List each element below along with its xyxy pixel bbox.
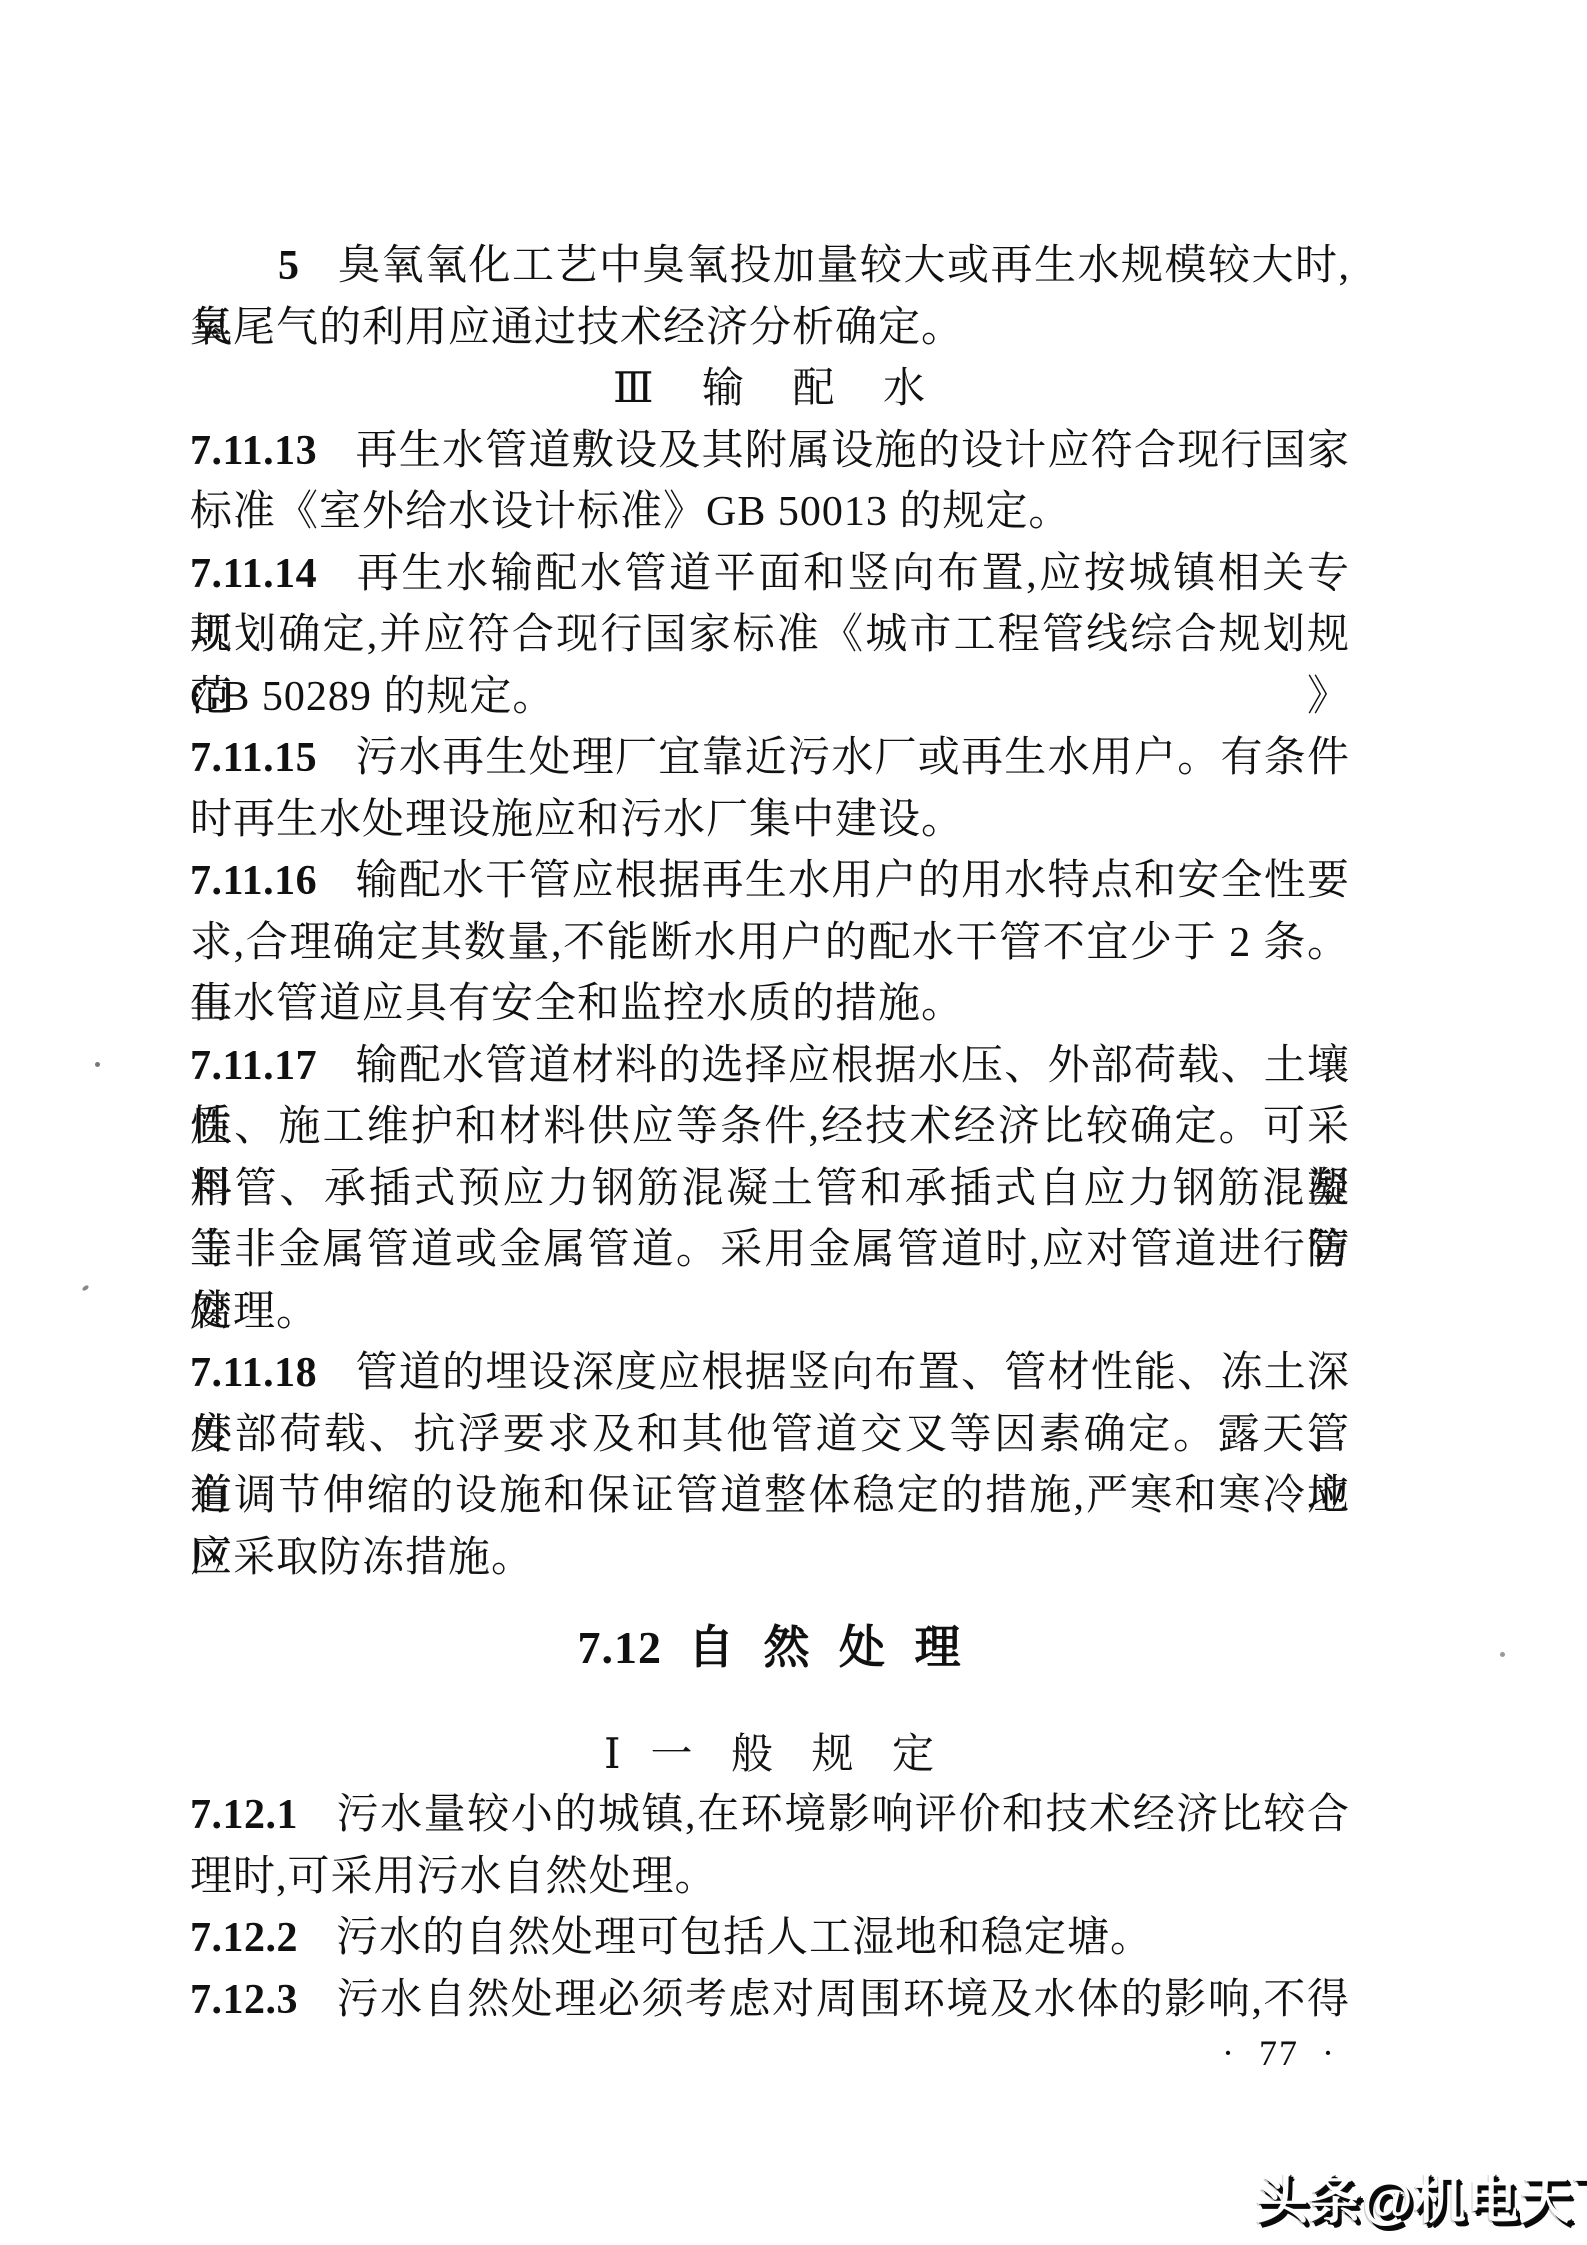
scan-artifact-dot	[81, 1284, 89, 1291]
clause-number: 7.11.17	[190, 1043, 317, 1089]
line-text: 时再生水处理设施应和污水厂集中建设。	[190, 797, 964, 843]
text-line: 外部荷载、抗浮要求及和其他管道交叉等因素确定。露天管道应	[190, 1405, 1350, 1467]
line-text: 输配水干管应根据再生水用户的用水特点和安全性要	[355, 858, 1350, 904]
text-line: 7.11.16输配水干管应根据再生水用户的用水特点和安全性要	[190, 851, 1350, 913]
text-line: 应采取防冻措施。	[190, 1528, 1350, 1590]
heading-text: Ⅲ 输 配 水	[613, 366, 927, 412]
clause-number: 7.11.16	[190, 858, 317, 904]
subsection-title: 一 般 规 定	[651, 1732, 937, 1778]
line-text: 标准《室外给水设计标准》GB 50013 的规定。	[190, 489, 1071, 535]
document-page: 5臭氧氧化工艺中臭氧投加量较大或再生水规模较大时,臭 氧尾气的利用应通过技术经济…	[0, 0, 1587, 2245]
text-line: 规划确定,并应符合现行国家标准《城市工程管线综合规划规范》	[190, 605, 1350, 667]
text-line: 7.11.15污水再生处理厂宜靠近污水厂或再生水用户。有条件	[190, 728, 1350, 790]
spacer	[190, 1589, 1350, 1615]
clause-number: 5	[278, 243, 300, 289]
text-line: 7.11.13再生水管道敷设及其附属设施的设计应符合现行国家	[190, 421, 1350, 483]
subsection-heading-general: Ⅰ一 般 规 定	[190, 1725, 1350, 1785]
watermark: 头条@机电天下	[1256, 2158, 1587, 2233]
clause-number: 7.12.2	[190, 1915, 298, 1961]
subsection-number: Ⅰ	[604, 1732, 621, 1778]
text-line: 等非金属管道或金属管道。采用金属管道时,应对管道进行防腐	[190, 1220, 1350, 1282]
text-line: 求,合理确定其数量,不能断水用户的配水干管不宜少于 2 条。再	[190, 913, 1350, 975]
scan-artifact-dot	[95, 1062, 100, 1067]
line-text: GB 50289 的规定。	[190, 674, 555, 720]
line-text: 氧尾气的利用应通过技术经济分析确定。	[190, 305, 964, 351]
clause-number: 7.11.13	[190, 428, 317, 474]
text-line: 7.12.1污水量较小的城镇,在环境影响评价和技术经济比较合	[190, 1785, 1350, 1847]
section-number: 7.12	[578, 1622, 663, 1673]
scan-artifact-dot	[1500, 1652, 1505, 1657]
line-text: 生水管道应具有安全和监控水质的措施。	[190, 981, 964, 1027]
text-line: 氧尾气的利用应通过技术经济分析确定。	[190, 298, 1350, 360]
line-text: 处理。	[190, 1289, 319, 1335]
text-line: 生水管道应具有安全和监控水质的措施。	[190, 974, 1350, 1036]
text-line: 质、施工维护和材料供应等条件,经技术经济比较确定。可采用塑	[190, 1097, 1350, 1159]
text-line: 5臭氧氧化工艺中臭氧投加量较大或再生水规模较大时,臭	[190, 236, 1350, 298]
clause-number: 7.12.3	[190, 1977, 298, 2023]
text-line: 标准《室外给水设计标准》GB 50013 的规定。	[190, 482, 1350, 544]
section-title: 自 然 处 理	[688, 1622, 963, 1673]
text-line: 处理。	[190, 1282, 1350, 1344]
clause-number: 7.11.18	[190, 1350, 317, 1396]
clause-number: 7.11.15	[190, 735, 317, 781]
text-block: 5臭氧氧化工艺中臭氧投加量较大或再生水规模较大时,臭 氧尾气的利用应通过技术经济…	[190, 236, 1350, 2031]
spacer	[190, 1681, 1350, 1725]
line-text: 污水的自然处理可包括人工湿地和稳定塘。	[336, 1915, 1153, 1961]
text-line: 7.11.17输配水管道材料的选择应根据水压、外部荷载、土壤性	[190, 1036, 1350, 1098]
text-line: 7.12.3污水自然处理必须考虑对周围环境及水体的影响,不得	[190, 1970, 1350, 2032]
text-line: 时再生水处理设施应和污水厂集中建设。	[190, 790, 1350, 852]
line-text: 理时,可采用污水自然处理。	[190, 1854, 718, 1900]
text-line: 有调节伸缩的设施和保证管道整体稳定的措施,严寒和寒冷地区	[190, 1466, 1350, 1528]
line-text: 再生水管道敷设及其附属设施的设计应符合现行国家	[355, 428, 1350, 474]
section-heading-7-12: 7.12自 然 处 理	[190, 1615, 1350, 1681]
line-text: 污水量较小的城镇,在环境影响评价和技术经济比较合	[336, 1792, 1350, 1838]
text-line: 7.12.2污水的自然处理可包括人工湿地和稳定塘。	[190, 1908, 1350, 1970]
text-line: 7.11.18管道的埋设深度应根据竖向布置、管材性能、冻土深度、	[190, 1343, 1350, 1405]
line-text: 应采取防冻措施。	[190, 1535, 534, 1581]
line-text: 污水再生处理厂宜靠近污水厂或再生水用户。有条件	[355, 735, 1350, 781]
clause-number: 7.12.1	[190, 1792, 298, 1838]
clause-number: 7.11.14	[190, 551, 317, 597]
subsection-heading-distribution: Ⅲ 输 配 水	[190, 359, 1350, 421]
line-text: 污水自然处理必须考虑对周围环境及水体的影响,不得	[336, 1977, 1350, 2023]
page-number: · 77 ·	[1222, 2032, 1336, 2074]
text-line: 理时,可采用污水自然处理。	[190, 1847, 1350, 1909]
text-line: 料管、承插式预应力钢筋混凝土管和承插式自应力钢筋混凝土管	[190, 1159, 1350, 1221]
text-line: 7.11.14再生水输配水管道平面和竖向布置,应按城镇相关专项	[190, 544, 1350, 606]
